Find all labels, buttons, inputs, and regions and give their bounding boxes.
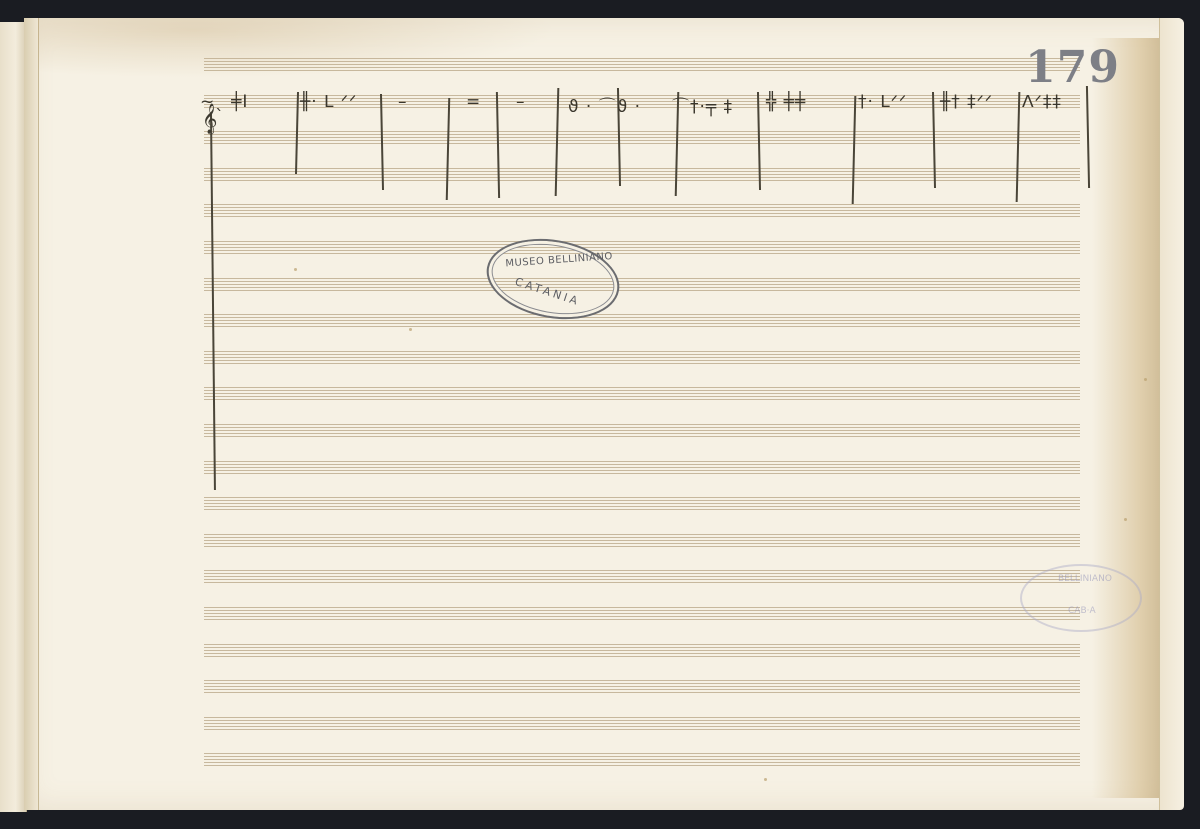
staff-line: [204, 393, 1080, 394]
staff-line: [204, 241, 1080, 242]
staff-line: [204, 387, 1080, 388]
staff-line: [204, 58, 1080, 59]
staff-line: [204, 177, 1080, 178]
staff-line: [204, 399, 1080, 400]
music-staff: [204, 241, 1080, 255]
paper-speck: [294, 268, 297, 271]
music-staff: [204, 717, 1080, 731]
staff-line: [204, 653, 1080, 654]
staff-line: [204, 396, 1080, 397]
handwritten-measure: –: [516, 92, 526, 112]
staff-line: [204, 281, 1080, 282]
handwritten-measure: ╫† ‡ᐟᐟ: [940, 92, 993, 112]
music-staff: [204, 314, 1080, 328]
staff-line: [204, 534, 1080, 535]
staff-line: [204, 497, 1080, 498]
staff-line: [204, 607, 1080, 608]
staff-line: [204, 473, 1080, 474]
page-number: 179: [1025, 42, 1120, 93]
staff-line: [204, 500, 1080, 501]
staff-line: [204, 546, 1080, 547]
staff-line: [204, 168, 1080, 169]
foxing-stain-right: [1092, 38, 1162, 798]
staff-line: [204, 509, 1080, 510]
staff-line: [204, 354, 1080, 355]
music-staff: [204, 131, 1080, 145]
staff-line: [204, 570, 1080, 571]
staff-line: [204, 573, 1080, 574]
page-right-edge: [1159, 18, 1184, 810]
music-staff: [204, 570, 1080, 584]
music-staff: [204, 58, 1080, 72]
staff-line: [204, 427, 1080, 428]
staff-line: [204, 610, 1080, 611]
staff-line: [204, 314, 1080, 315]
staff-line: [204, 723, 1080, 724]
staff-line: [204, 720, 1080, 721]
staff-line: [204, 680, 1080, 681]
handwritten-measure: =: [466, 92, 481, 112]
staff-line: [204, 543, 1080, 544]
music-staff: [204, 168, 1080, 182]
paper-speck: [1144, 378, 1147, 381]
staff-line: [204, 216, 1080, 217]
stamp-bottom-text: CATANIA: [513, 275, 581, 308]
staff-line: [204, 317, 1080, 318]
staff-line: [204, 140, 1080, 141]
staff-line: [204, 619, 1080, 620]
staff-line: [204, 756, 1080, 757]
staff-line: [204, 253, 1080, 254]
music-staff: [204, 424, 1080, 438]
music-staff: [204, 278, 1080, 292]
staff-line: [204, 433, 1080, 434]
staff-line: [204, 357, 1080, 358]
staff-line: [204, 689, 1080, 690]
staff-line: [204, 503, 1080, 504]
handwritten-measure: ╬ ╪╪: [766, 92, 806, 112]
staff-line: [204, 759, 1080, 760]
staff-line: [204, 320, 1080, 321]
music-staff: [204, 351, 1080, 365]
staff-line: [204, 616, 1080, 617]
handwritten-measure: ⌒†·╤ ‡: [672, 92, 733, 117]
music-staff: [204, 534, 1080, 548]
staff-line: [204, 729, 1080, 730]
staff-line: [204, 717, 1080, 718]
music-staff: [204, 461, 1080, 475]
staff-line: [204, 647, 1080, 648]
staff-line: [204, 683, 1080, 684]
staff-line: [204, 143, 1080, 144]
handwritten-measure: –: [398, 92, 408, 112]
staff-line: [204, 461, 1080, 462]
staff-line: [204, 537, 1080, 538]
staff-line: [204, 656, 1080, 657]
staff-line: [204, 250, 1080, 251]
barline: [852, 96, 856, 204]
staff-line: [204, 67, 1080, 68]
staff-line: [204, 360, 1080, 361]
handwritten-measure: †· ᒪᐟᐟ: [858, 92, 907, 112]
staff-line: [204, 363, 1080, 364]
staff-line: [204, 134, 1080, 135]
paper-speck: [1124, 518, 1127, 521]
staff-line: [204, 726, 1080, 727]
staff-line: [204, 582, 1080, 583]
paper-speck: [409, 328, 412, 331]
staff-line: [204, 424, 1080, 425]
staff-line: [204, 210, 1080, 211]
music-staff: [204, 497, 1080, 511]
staff-line: [204, 650, 1080, 651]
paper-speck: [764, 778, 767, 781]
barline: [446, 98, 450, 200]
handwritten-measure: ╫· ᒪ ᐟᐟ: [300, 92, 357, 112]
staff-line: [204, 576, 1080, 577]
staff-line: [204, 61, 1080, 62]
staff-line: [204, 692, 1080, 693]
handwritten-measure: ᐱᐟ‡‡: [1022, 92, 1062, 112]
staff-line: [204, 284, 1080, 285]
staff-line: [204, 390, 1080, 391]
staff-line: [204, 613, 1080, 614]
staff-line: [204, 762, 1080, 763]
staff-line: [204, 174, 1080, 175]
staff-line: [204, 171, 1080, 172]
faded-stamp-bottom-text: CAB·A: [1068, 606, 1096, 616]
staff-line: [204, 244, 1080, 245]
staff-line: [204, 326, 1080, 327]
music-staff: [204, 644, 1080, 658]
staff-line: [204, 464, 1080, 465]
staff-line: [204, 470, 1080, 471]
staff-line: [204, 753, 1080, 754]
staff-line: [204, 644, 1080, 645]
staff-line: [204, 579, 1080, 580]
staff-line: [204, 247, 1080, 248]
handwritten-measure: ~ˎ ╪I: [200, 92, 248, 112]
barline: [1086, 86, 1090, 188]
faded-stamp: BELLINIANO CAB·A: [1020, 564, 1142, 632]
staff-line: [204, 540, 1080, 541]
staff-line: [204, 467, 1080, 468]
music-staff: [204, 204, 1080, 218]
music-staff: [204, 680, 1080, 694]
staff-line: [204, 278, 1080, 279]
staff-line: [204, 765, 1080, 766]
staff-line: [204, 64, 1080, 65]
staff-line: [204, 290, 1080, 291]
faded-stamp-top-text: BELLINIANO: [1058, 574, 1112, 584]
staff-line: [204, 686, 1080, 687]
music-staff: [204, 607, 1080, 621]
handwritten-measure: ϑ · ⌒ϑ ·: [568, 92, 641, 117]
page-fold-edge: [24, 18, 39, 810]
staff-line: [204, 287, 1080, 288]
staff-line: [204, 430, 1080, 431]
manuscript-page: 𝄞 ~ˎ ╪I╫· ᒪ ᐟᐟ–=–ϑ · ⌒ϑ ·⌒†·╤ ‡╬ ╪╪†· ᒪᐟ…: [24, 18, 1184, 810]
staff-line: [204, 351, 1080, 352]
stamp-top-text: MUSEO BELLINIANO: [505, 251, 613, 269]
staff-line: [204, 70, 1080, 71]
music-staff: [204, 753, 1080, 767]
adjacent-left-page-edge: [0, 22, 27, 812]
staff-line: [204, 131, 1080, 132]
staff-line: [204, 207, 1080, 208]
staff-line: [204, 137, 1080, 138]
staff-line: [204, 323, 1080, 324]
staff-line: [204, 204, 1080, 205]
staff-line: [204, 213, 1080, 214]
staff-line: [204, 506, 1080, 507]
staff-line: [204, 436, 1080, 437]
music-staff: [204, 387, 1080, 401]
staff-line: [204, 180, 1080, 181]
